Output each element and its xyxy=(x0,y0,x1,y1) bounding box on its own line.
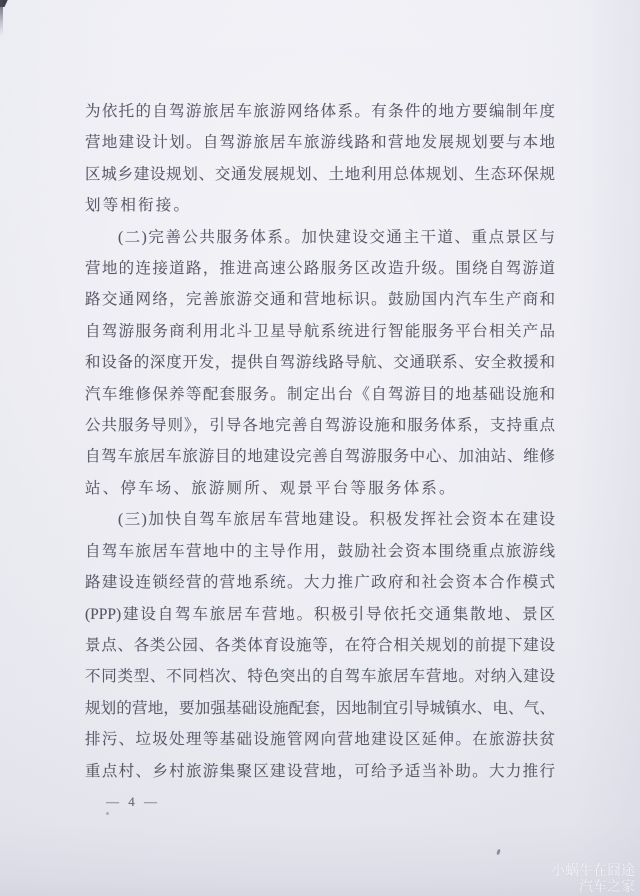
text-line: 营地的连接道路，推进高速公路服务区改造升级。围绕自驾游道 xyxy=(85,253,555,284)
text-line: 自驾车旅居车营地中的主导作用，鼓励社会资本围绕重点旅游线 xyxy=(85,536,555,567)
text-line: 为依托的自驾游旅居车旅游网络体系。有条件的地方要编制年度 xyxy=(85,96,555,127)
text-line: 重点村、乡村旅游集聚区建设营地，可给予适当补助。大力推行 xyxy=(85,756,555,787)
paragraph-continuation: 为依托的自驾游旅居车旅游网络体系。有条件的地方要编制年度 营地建设计划。自驾游旅… xyxy=(85,96,555,222)
text-line: 自驾游服务商利用北斗卫星导航系统进行智能服务平台相关产品 xyxy=(85,316,555,347)
page-number: — 4 — xyxy=(98,794,168,810)
ink-speck xyxy=(106,812,109,815)
text-line: 划等相衔接。 xyxy=(85,190,555,221)
watermark: 小蜗牛在囧途 汽车之家 xyxy=(551,862,635,894)
text-line: 营地建设计划。自驾游旅居车旅游线路和营地发展规划要与本地 xyxy=(85,127,555,158)
text-line: 排污、垃圾处理等基础设施管网向营地建设区延伸。在旅游扶贫 xyxy=(85,724,555,755)
ink-speck xyxy=(496,849,501,856)
text-line: 汽车维修保养等配套服务。制定出台《自驾游目的地基础设施和 xyxy=(85,379,555,410)
paragraph-section-2: (二)完善公共服务体系。加快建设交通主干道、重点景区与 营地的连接道路，推进高速… xyxy=(85,222,555,505)
text-line: 路交通网络，完善旅游交通和营地标识。鼓励国内汽车生产商和 xyxy=(85,284,555,315)
text-line: (二)完善公共服务体系。加快建设交通主干道、重点景区与 xyxy=(85,222,555,253)
text-line: 规划的营地，要加强基础设施配套，因地制宜引导城镇水、电、气、 xyxy=(85,693,555,724)
document-text: 为依托的自驾游旅居车旅游网络体系。有条件的地方要编制年度 营地建设计划。自驾游旅… xyxy=(85,96,555,787)
text-line: 和设备的深度开发，提供自驾游线路导航、交通联系、安全救援和 xyxy=(85,347,555,378)
scanned-document-page: { "doc": { "kind": "scanned-official-doc… xyxy=(0,0,640,896)
text-line: (三)加快自驾车旅居车营地建设。积极发挥社会资本在建设 xyxy=(85,504,555,535)
text-line: 公共服务导则》，引导各地完善自驾游设施和服务体系，支持重点 xyxy=(85,410,555,441)
text-line: (PPP)建设自驾车旅居车营地。积极引导依托交通集散地、景区 xyxy=(85,599,555,630)
paragraph-section-3: (三)加快自驾车旅居车营地建设。积极发挥社会资本在建设 自驾车旅居车营地中的主导… xyxy=(85,504,555,787)
watermark-line-2: 汽车之家 xyxy=(551,878,635,894)
watermark-line-1: 小蜗牛在囧途 xyxy=(551,862,635,878)
text-line: 区城乡建设规划、交通发展规划、土地利用总体规划、生态环保规 xyxy=(85,159,555,190)
text-line: 景点、各类公园、各类体育设施等，在符合相关规划的前提下建设 xyxy=(85,630,555,661)
text-line: 路建设连锁经营的营地系统。大力推广政府和社会资本合作模式 xyxy=(85,567,555,598)
text-line: 不同类型、不同档次、特色突出的自驾车旅居车营地。对纳入建设 xyxy=(85,661,555,692)
text-line: 自驾车旅居车旅游目的地建设完善自驾游服务中心、加油站、维修 xyxy=(85,441,555,472)
scan-edge-shadow xyxy=(0,0,3,36)
text-line: 站、停车场、旅游厕所、观景平台等服务体系。 xyxy=(85,473,555,504)
